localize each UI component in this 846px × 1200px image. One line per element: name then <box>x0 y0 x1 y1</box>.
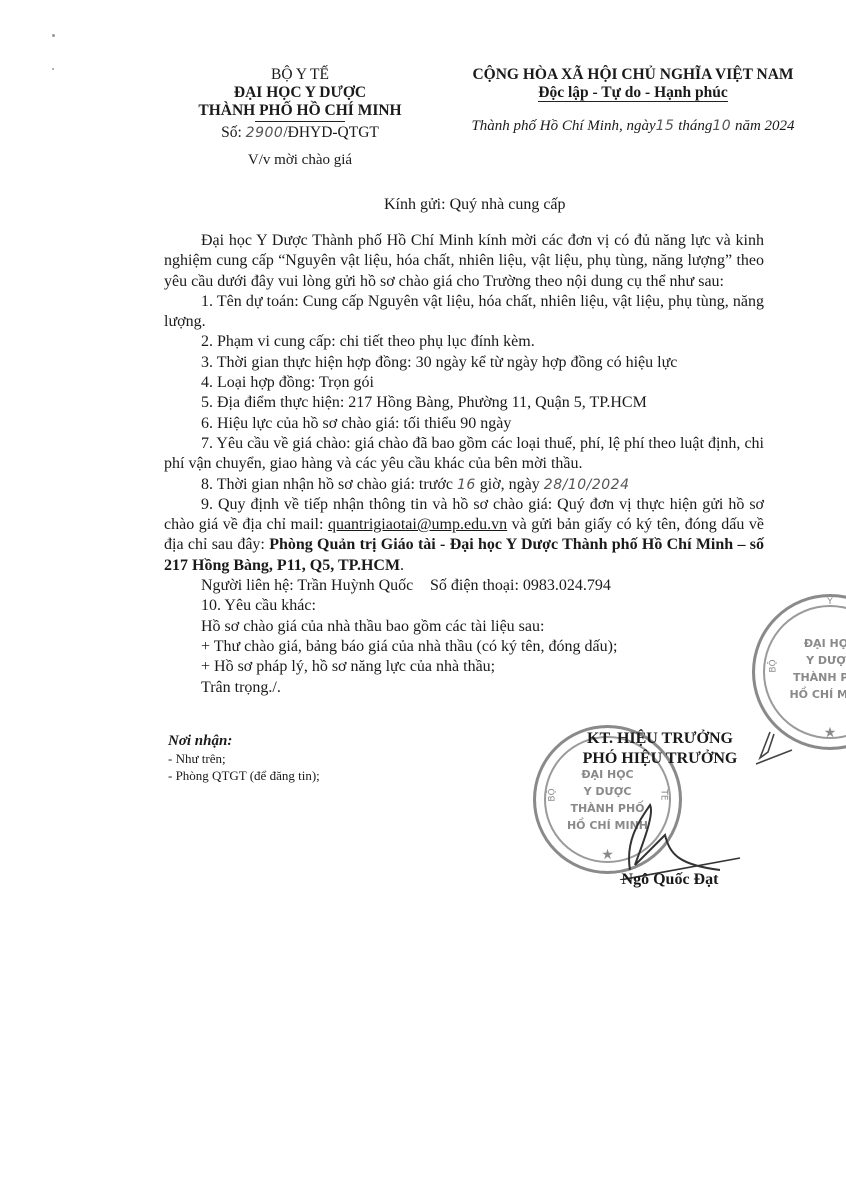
contact-person: Người liên hệ: Trần Huỳnh Quốc <box>201 577 413 594</box>
document-number: Số: 2900/ĐHYD-QTGT <box>150 124 450 142</box>
ministry-name: BỘ Y TẾ <box>150 66 450 84</box>
month-label: tháng <box>674 118 712 134</box>
handwritten-number: 2900 <box>246 125 284 141</box>
document-subject: V/v mời chào giá <box>150 151 450 169</box>
handwritten-hour: 16 <box>457 477 476 493</box>
item-5: 5. Địa điểm thực hiện: 217 Hồng Bàng, Ph… <box>164 393 764 413</box>
item-9-end: . <box>400 557 404 574</box>
stamp-top-text: Y <box>755 597 846 607</box>
nation-name: CỘNG HÒA XÃ HỘI CHỦ NGHĨA VIỆT NAM <box>440 66 826 84</box>
item-10-a: + Thư chào giá, bảng báo giá của nhà thầ… <box>164 637 764 657</box>
signature-title-line1: KT. HIỆU TRƯỞNG <box>560 729 760 749</box>
item-8: 8. Thời gian nhận hồ sơ chào giá: trước … <box>164 475 764 495</box>
letter-body: Đại học Y Dược Thành phố Hồ Chí Minh kín… <box>164 231 764 698</box>
scan-artifact <box>52 68 54 70</box>
contact-line: Người liên hệ: Trần Huỳnh QuốcSố điện th… <box>164 576 764 596</box>
item-8-mid: giờ, ngày <box>476 476 544 493</box>
item-8-label: 8. Thời gian nhận hồ sơ chào giá: trước <box>201 476 457 493</box>
closing: Trân trọng./. <box>164 678 764 698</box>
item-6: 6. Hiệu lực của hồ sơ chào giá: tối thiể… <box>164 414 764 434</box>
contact-phone: Số điện thoại: 0983.024.794 <box>430 576 611 596</box>
handwritten-month: 10 <box>712 118 731 134</box>
item-10-intro: Hồ sơ chào giá của nhà thầu bao gồm các … <box>164 617 764 637</box>
recipients-title: Nơi nhận: <box>168 733 320 750</box>
official-stamp-partial: Y ĐẠI HỌC Y DƯỢC THÀNH PHỐ HỒ CHÍ MINH B… <box>752 594 846 750</box>
signature-icon <box>610 780 820 880</box>
recipient-2: - Phòng QTGT (để đăng tin); <box>168 767 320 784</box>
signer-name: Ngô Quốc Đạt <box>560 871 780 889</box>
university-name-line2: THÀNH PHỐ HỒ CHÍ MINH <box>150 102 450 120</box>
handwritten-deadline-date: 28/10/2024 <box>544 477 630 493</box>
stamp-left-text: BỘ <box>548 788 558 801</box>
stamp-left-text: BỘ <box>769 659 779 672</box>
document-date: Thành phố Hồ Chí Minh, ngày15 tháng10 nă… <box>440 118 826 135</box>
item-1: 1. Tên dự toán: Cung cấp Nguyên vật liệu… <box>164 292 764 333</box>
item-10-b: + Hồ sơ pháp lý, hồ sơ năng lực của nhà … <box>164 657 764 677</box>
stamp-line-1: ĐẠI HỌC <box>755 635 846 652</box>
date-prefix: Thành phố Hồ Chí Minh, ngày <box>471 118 655 134</box>
number-suffix: /ĐHYD-QTGT <box>283 124 379 141</box>
item-4: 4. Loại hợp đồng: Trọn gói <box>164 373 764 393</box>
national-motto: Độc lập - Tự do - Hạnh phúc <box>440 84 826 102</box>
issuer-header: BỘ Y TẾ ĐẠI HỌC Y DƯỢC THÀNH PHỐ HỒ CHÍ … <box>150 66 450 169</box>
recipients-list: Nơi nhận: - Như trên; - Phòng QTGT (để đ… <box>168 733 320 784</box>
motto-text: Độc lập - Tự do - Hạnh phúc <box>538 84 727 102</box>
salutation: Kính gửi: Quý nhà cung cấp <box>384 196 566 214</box>
university-name-line1: ĐẠI HỌC Y DƯỢC <box>150 84 450 102</box>
item-10: 10. Yêu cầu khác: <box>164 596 764 616</box>
year-label: năm 2024 <box>731 118 794 134</box>
stamp-line-4: HỒ CHÍ MINH <box>755 686 846 703</box>
number-label: Số: <box>221 124 246 141</box>
item-3: 3. Thời gian thực hiện hợp đồng: 30 ngày… <box>164 353 764 373</box>
recipient-1: - Như trên; <box>168 750 320 767</box>
email-link[interactable]: quantrigiaotai@ump.edu.vn <box>328 516 507 533</box>
scan-artifact <box>52 34 55 37</box>
header-divider <box>255 121 345 122</box>
signature-title: KT. HIỆU TRƯỞNG PHÓ HIỆU TRƯỞNG <box>560 729 760 769</box>
item-7: 7. Yêu cầu về giá chào: giá chào đã bao … <box>164 434 764 475</box>
signature-title-line2: PHÓ HIỆU TRƯỞNG <box>560 749 760 769</box>
item-2: 2. Phạm vi cung cấp: chi tiết theo phụ l… <box>164 332 764 352</box>
national-header: CỘNG HÒA XÃ HỘI CHỦ NGHĨA VIỆT NAM Độc l… <box>440 66 826 102</box>
handwritten-day: 15 <box>656 118 675 134</box>
intro-paragraph: Đại học Y Dược Thành phố Hồ Chí Minh kín… <box>164 231 764 292</box>
initial-mark-icon <box>752 730 812 770</box>
item-9: 9. Quy định về tiếp nhận thông tin và hồ… <box>164 495 764 576</box>
